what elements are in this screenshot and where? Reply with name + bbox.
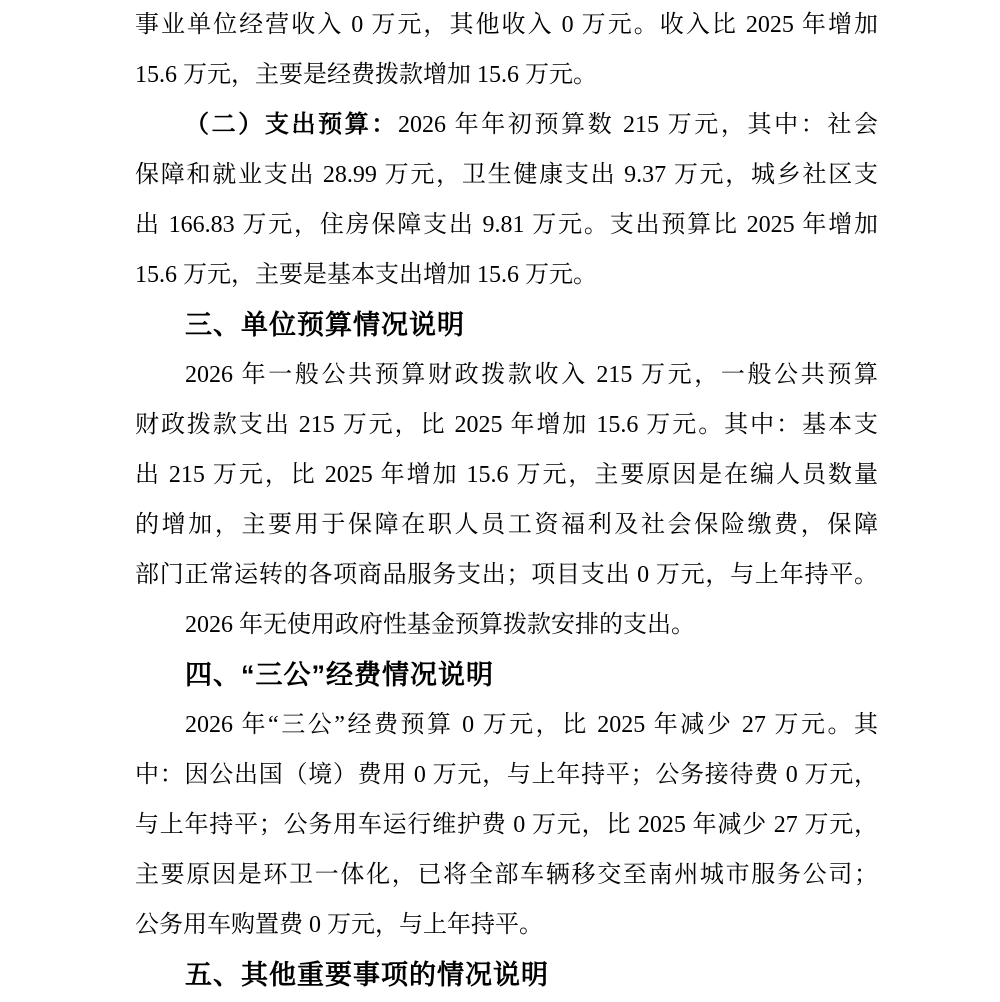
paragraph-line: 中：因公出国（境）费用 0 万元，与上年持平；公务接待费 0 万元， [135,750,878,800]
paragraph-line: 事业单位经营收入 0 万元，其他收入 0 万元。收入比 2025 年增加 [135,0,878,50]
heading-section-4-three-public-funds: 四、“三公”经费情况说明 [135,650,878,700]
paragraph-text: 2026 年年初预算数 215 万元，其中：社会 [398,112,878,138]
paragraph-line: 2026 年“三公”经费预算 0 万元，比 2025 年减少 27 万元。其 [135,700,878,750]
paragraph-line: 财政拨款支出 215 万元，比 2025 年增加 15.6 万元。其中：基本支 [135,400,878,450]
paragraph-line: 15.6 万元，主要是经费拨款增加 15.6 万元。 [135,50,878,100]
expenditure-budget-label: （二）支出预算： [185,112,398,138]
paragraph-line: 部门正常运转的各项商品服务支出；项目支出 0 万元，与上年持平。 [135,550,878,600]
paragraph-line: 保障和就业支出 28.99 万元，卫生健康支出 9.37 万元，城乡社区支 [135,150,878,200]
paragraph-line: 主要原因是环卫一体化，已将全部车辆移交至南州城市服务公司； [135,850,878,900]
paragraph-line: 公务用车购置费 0 万元，与上年持平。 [135,900,878,950]
paragraph-line: 出 166.83 万元，住房保障支出 9.81 万元。支出预算比 2025 年增… [135,200,878,250]
heading-section-5-other-important-matters: 五、其他重要事项的情况说明 [135,950,878,1000]
heading-section-3-unit-budget: 三、单位预算情况说明 [135,300,878,350]
paragraph-line: （二）支出预算：2026 年年初预算数 215 万元，其中：社会 [135,100,878,150]
paragraph-line: 的增加，主要用于保障在职人员工资福利及社会保险缴费，保障 [135,500,878,550]
paragraph-line: 2026 年一般公共预算财政拨款收入 215 万元，一般公共预算 [135,350,878,400]
text-block: 事业单位经营收入 0 万元，其他收入 0 万元。收入比 2025 年增加 15.… [135,0,878,1000]
document-page: 事业单位经营收入 0 万元，其他收入 0 万元。收入比 2025 年增加 15.… [0,0,1000,1002]
paragraph-line: 与上年持平；公务用车运行维护费 0 万元，比 2025 年减少 27 万元， [135,800,878,850]
paragraph-line: 15.6 万元，主要是基本支出增加 15.6 万元。 [135,250,878,300]
paragraph-line: 2026 年无使用政府性基金预算拨款安排的支出。 [135,600,878,650]
paragraph-line: 出 215 万元，比 2025 年增加 15.6 万元，主要原因是在编人员数量 [135,450,878,500]
